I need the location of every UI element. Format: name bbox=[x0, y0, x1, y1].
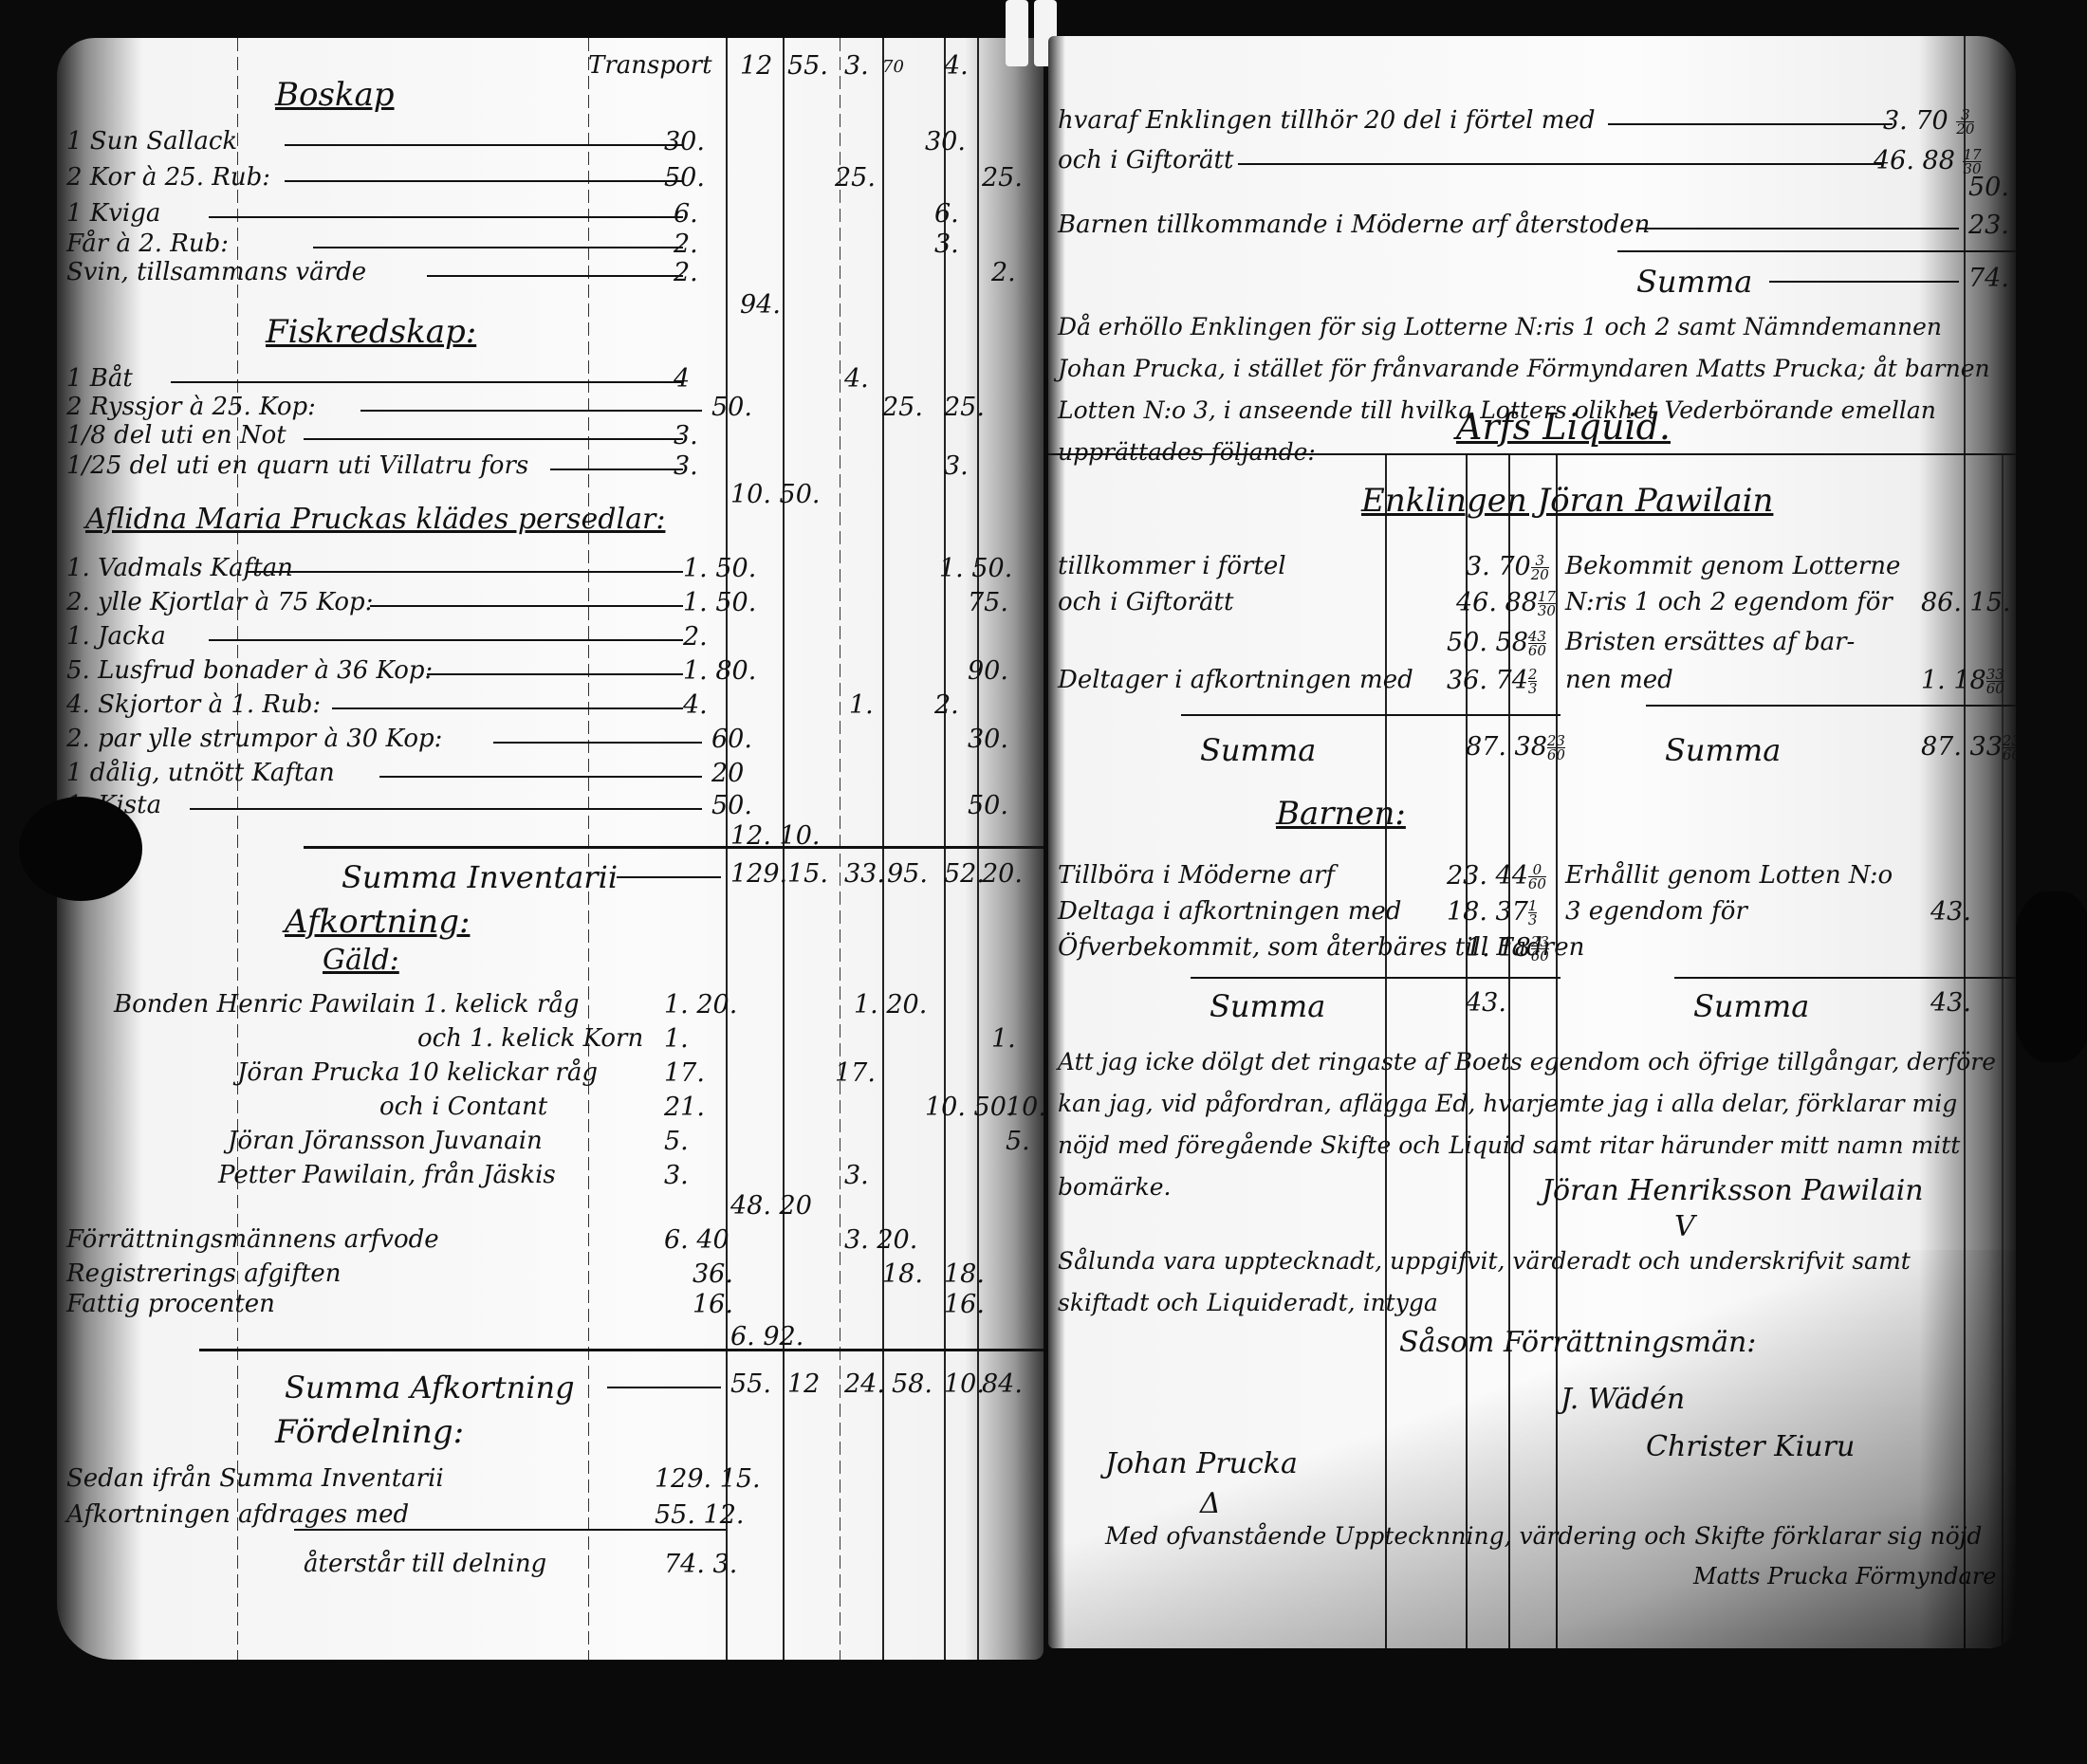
cell: 2. bbox=[934, 690, 959, 720]
row-label: Jöran Prucka 10 kelickar råg bbox=[237, 1058, 598, 1087]
subtotal: 6. 92. bbox=[730, 1322, 803, 1351]
cell: 10. bbox=[1006, 1093, 1043, 1122]
row-label: återstår till delning bbox=[304, 1550, 546, 1578]
cell: 58. bbox=[892, 1369, 933, 1399]
cell: 1. 50. bbox=[683, 588, 756, 617]
cell: 36. 7423 bbox=[1447, 666, 1537, 695]
leader-line bbox=[1238, 163, 1883, 165]
leader-line bbox=[550, 469, 683, 470]
cell: 1. 50. bbox=[939, 554, 1012, 583]
table-row: 2. ylle Kjortlar à 75 Kop: 1. 50. 75. bbox=[57, 584, 1043, 622]
cell: 1. 182360 bbox=[1466, 933, 1549, 963]
leader-line bbox=[332, 707, 683, 709]
section-heading-fordelning: Fördelning: bbox=[275, 1413, 464, 1451]
cell: 4. bbox=[683, 690, 708, 720]
cell: 74. 3. bbox=[664, 1550, 737, 1579]
transport-label: Transport bbox=[588, 51, 712, 80]
row-label: Summa bbox=[1636, 264, 1752, 300]
cell: 21. bbox=[664, 1093, 705, 1122]
cell: 23. 44060 bbox=[1447, 861, 1546, 891]
leader-line bbox=[1608, 123, 1893, 125]
section-heading-afkortning: Afkortning: bbox=[285, 903, 470, 941]
table-row: Barnen tillkommande i Möderne arf återst… bbox=[1048, 207, 2016, 245]
row-label: och 1. kelick Korn bbox=[417, 1024, 643, 1053]
row-label: 3 egendom för bbox=[1565, 897, 1747, 926]
summa-inventarii-row: Summa Inventarii 129. 15. 33. 95. 52. 20… bbox=[57, 855, 1043, 893]
summa-row: Summa 43. Summa 43. bbox=[1048, 984, 2016, 1022]
cell: 52. bbox=[944, 859, 985, 889]
cell: 1. bbox=[849, 690, 874, 720]
section-heading-gald: Gäld: bbox=[323, 944, 399, 977]
transport-row: Transport 12 55. 3. 70 4. bbox=[57, 47, 1043, 85]
leader-line bbox=[379, 776, 702, 778]
total-rule bbox=[1617, 250, 2016, 252]
cell: 18. bbox=[882, 1259, 923, 1289]
table-row: och i Contant 21. 10. 50. 10. bbox=[57, 1089, 1043, 1127]
summa-row: Summa 74. bbox=[1048, 260, 2016, 298]
row-label: 1. Jacka bbox=[66, 622, 166, 651]
leader-line bbox=[209, 639, 683, 641]
table-row: och 1. kelick Korn 1. 1. bbox=[57, 1020, 1043, 1058]
cell: 1. 50. bbox=[683, 554, 756, 583]
row-label: Deltager i afkortningen med bbox=[1058, 666, 1413, 694]
leader-line bbox=[1636, 228, 1959, 230]
row-label: 1 dålig, utnött Kaftan bbox=[66, 759, 335, 787]
subtotal: 48. 20 bbox=[730, 1191, 812, 1221]
cell: 3. 70 320 bbox=[1883, 106, 1974, 136]
cell: 20 bbox=[711, 759, 744, 788]
cell: 25. bbox=[982, 163, 1023, 193]
liquid-heading: Arfs Liquid. bbox=[1456, 406, 1671, 448]
cell: 23. bbox=[1968, 211, 2009, 240]
cell: 50. bbox=[1968, 173, 2009, 202]
cell: 1. bbox=[664, 1024, 689, 1054]
cell: 43. bbox=[1930, 988, 1971, 1018]
row-label: Svin, tillsammans värde bbox=[66, 258, 366, 286]
subtotal-row: 48. 20 bbox=[57, 1187, 1043, 1225]
total-rule bbox=[304, 846, 1043, 849]
distribution-paragraph: Då erhöllo Enklingen för sig Lotterne N:… bbox=[1058, 306, 2006, 473]
total-rule bbox=[1191, 977, 1561, 979]
total-rule bbox=[1646, 705, 2016, 707]
table-row: 4. Skjortor à 1. Rub: 4. 1. 2. bbox=[57, 687, 1043, 725]
row-label: Barnen tillkommande i Möderne arf återst… bbox=[1058, 211, 1650, 239]
cell: 3. bbox=[844, 51, 869, 81]
cell: 17. bbox=[835, 1058, 876, 1088]
table-row: 50. 584360 Bristen ersättes af bar- bbox=[1048, 624, 2016, 662]
total-rule bbox=[1181, 714, 1561, 716]
row-label: Sedan ifrån Summa Inventarii bbox=[66, 1464, 444, 1493]
row-label: Summa bbox=[1693, 988, 1809, 1024]
row-label: Bekommit genom Lotterne bbox=[1565, 552, 1900, 580]
total-rule bbox=[294, 1529, 726, 1531]
cell: 12 bbox=[740, 51, 772, 81]
cell: 17. bbox=[664, 1058, 705, 1088]
row-label: 5. Lusfrud bonader à 36 Kop: bbox=[66, 656, 433, 685]
cell: 129. 15. bbox=[655, 1464, 761, 1494]
subtotal-row: 94. bbox=[57, 286, 1043, 324]
leader-line bbox=[171, 381, 683, 383]
row-label: Deltaga i afkortningen med bbox=[1058, 897, 1401, 926]
table-row: Tillböra i Möderne arf 23. 44060 Erhålli… bbox=[1048, 857, 2016, 895]
leader-line bbox=[360, 410, 702, 412]
leader-line bbox=[617, 876, 721, 878]
cell: 16. bbox=[693, 1290, 733, 1319]
right-page: hvaraf Enklingen tillhör 20 del i förtel… bbox=[1048, 36, 2016, 1648]
row-label: Bonden Henric Pawilain 1. kelick råg bbox=[114, 990, 579, 1019]
table-row: 50. bbox=[1048, 169, 2016, 207]
house-mark-1: V bbox=[1674, 1210, 1695, 1243]
cell: 5. bbox=[1006, 1127, 1030, 1156]
table-row: Förrättningsmännens arfvode 6. 40 3. 20. bbox=[57, 1222, 1043, 1259]
row-label: Förrättningsmännens arfvode bbox=[66, 1225, 439, 1254]
cell: 3. bbox=[664, 1161, 689, 1190]
cell: 6. bbox=[674, 199, 698, 229]
row-label: Fattig procenten bbox=[66, 1290, 275, 1318]
table-row: 2. par ylle strumpor à 30 Kop: 60. 30. bbox=[57, 721, 1043, 759]
cell: 3. 70320 bbox=[1466, 552, 1549, 581]
cell: 43. bbox=[1930, 897, 1971, 927]
leader-line bbox=[247, 571, 683, 573]
cell: 6. 40 bbox=[664, 1225, 730, 1255]
cell: 90. bbox=[968, 656, 1008, 686]
summa-row: Summa 87. 382360 Summa 87. 332360 bbox=[1048, 728, 2016, 766]
leader-line bbox=[493, 742, 702, 744]
leader-line bbox=[285, 180, 683, 182]
cell: 20. bbox=[982, 859, 1023, 889]
cell: 3. bbox=[674, 421, 698, 450]
cell: 86. 15. bbox=[1921, 588, 2010, 617]
row-label: tillkommer i förtel bbox=[1058, 552, 1286, 580]
table-row: 1 Sun Sallack 30. 30. bbox=[57, 123, 1043, 161]
row-label: 1 Sun Sallack bbox=[66, 127, 237, 156]
cell: 5. bbox=[664, 1127, 689, 1156]
cell: 2. bbox=[674, 258, 698, 287]
table-row: tillkommer i förtel 3. 70320 Bekommit ge… bbox=[1048, 548, 2016, 586]
row-label: 2. ylle Kjortlar à 75 Kop: bbox=[66, 588, 373, 616]
cell: 18. 3713 bbox=[1447, 897, 1537, 927]
cell: 87. 332360 bbox=[1921, 732, 2016, 762]
cell: 50. bbox=[664, 163, 705, 193]
shadow-blob bbox=[2011, 891, 2087, 1062]
table-row: Jöran Prucka 10 kelickar råg 17. 17. bbox=[57, 1055, 1043, 1093]
cell: 84. bbox=[982, 1369, 1023, 1399]
page-shadow bbox=[1048, 1250, 2016, 1648]
cell: 75. bbox=[968, 588, 1008, 617]
table-row: Deltaga i afkortningen med 18. 3713 3 eg… bbox=[1048, 893, 2016, 931]
leader-line bbox=[427, 275, 683, 277]
signature-widower: Jöran Henriksson Pawilain bbox=[1542, 1174, 1924, 1207]
cell: 1. 20. bbox=[854, 990, 927, 1020]
cell: 3. 20. bbox=[844, 1225, 917, 1255]
leader-line bbox=[607, 1387, 721, 1388]
cell: 1. 183360 bbox=[1921, 666, 2004, 695]
gutter-tab bbox=[1006, 0, 1028, 66]
leader-line bbox=[1769, 281, 1959, 283]
table-row: 5. Lusfrud bonader à 36 Kop: 1. 80. 90. bbox=[57, 652, 1043, 690]
row-label: Petter Pawilain, från Jäskis bbox=[218, 1161, 556, 1189]
row-label: 1 Kviga bbox=[66, 199, 160, 228]
cell: 70 bbox=[882, 57, 904, 77]
cell: 4. bbox=[944, 51, 969, 81]
row-label: 2. par ylle strumpor à 30 Kop: bbox=[66, 725, 442, 753]
row-label: Bristen ersättes af bar- bbox=[1565, 628, 1855, 656]
leader-line bbox=[370, 605, 683, 607]
table-row: Deltager i afkortningen med 36. 7423 nen… bbox=[1048, 662, 2016, 700]
cell: 30. bbox=[664, 127, 705, 156]
cell: 50. 584360 bbox=[1447, 628, 1546, 657]
shadow-blob bbox=[19, 797, 142, 901]
row-label: och i Giftorätt bbox=[1058, 588, 1233, 616]
row-label: 2 Kor à 25. Rub: bbox=[66, 163, 270, 192]
summa-afkortning-row: Summa Afkortning 55. 12 24. 58. 10. 84. bbox=[57, 1366, 1043, 1404]
total-rule bbox=[1674, 977, 2016, 979]
section-heading-fiske: Fiskredskap: bbox=[266, 313, 476, 351]
row-label: och i Contant bbox=[379, 1093, 547, 1121]
row-label: Registrerings afgiften bbox=[66, 1259, 342, 1288]
section-rule bbox=[1048, 453, 2016, 455]
barnen-heading: Barnen: bbox=[1276, 795, 1406, 833]
cell: 16. bbox=[944, 1290, 985, 1319]
row-label: Summa Inventarii bbox=[342, 859, 618, 895]
row-label: hvaraf Enklingen tillhör 20 del i förtel… bbox=[1058, 106, 1595, 135]
row-label: Tillböra i Möderne arf bbox=[1058, 861, 1335, 890]
cell: 1. bbox=[991, 1024, 1016, 1054]
table-row: Öfverbekommit, som återbäres till Fadren… bbox=[1048, 929, 2016, 967]
table-row: och i Giftorätt 46. 881730 N:ris 1 och 2… bbox=[1048, 584, 2016, 622]
cell: 87. 382360 bbox=[1466, 732, 1565, 762]
row-label: Erhållit genom Lotten N:o bbox=[1565, 861, 1893, 890]
cell: 15. bbox=[787, 859, 828, 889]
cell: 46. 881730 bbox=[1456, 588, 1556, 617]
cell: 55. 12. bbox=[655, 1500, 744, 1530]
row-label: 1/8 del uti en Not bbox=[66, 421, 286, 450]
total-rule bbox=[199, 1349, 1043, 1351]
row-label: Summa Afkortning bbox=[285, 1369, 575, 1406]
table-row: 1. Jacka 2. bbox=[57, 618, 1043, 656]
cell: 60. bbox=[711, 725, 752, 754]
table-row: Jöran Jöransson Juvanain 5. 5. bbox=[57, 1123, 1043, 1161]
leader-line bbox=[304, 438, 683, 440]
cell: 10. 50. bbox=[925, 1093, 1014, 1122]
subtotal: 94. bbox=[740, 290, 781, 320]
cell: 25. bbox=[835, 163, 876, 193]
row-label: Jöran Jöransson Juvanain bbox=[228, 1127, 543, 1155]
row-label: Afkortningen afdrages med bbox=[66, 1500, 409, 1529]
row-label: Summa bbox=[1210, 988, 1325, 1024]
section-heading-boskap: Boskap bbox=[275, 76, 395, 114]
cell: 18. bbox=[944, 1259, 985, 1289]
cell: 50. bbox=[968, 791, 1008, 820]
cell: 10. bbox=[944, 1369, 985, 1399]
cell: 55. bbox=[787, 51, 828, 81]
cell: 55. bbox=[730, 1369, 771, 1399]
cell: 1. 20. bbox=[664, 990, 737, 1020]
cell: 95. bbox=[887, 859, 928, 889]
subtotal: 10. 50. bbox=[730, 480, 820, 509]
cell: 24. bbox=[844, 1369, 885, 1399]
leader-line bbox=[427, 673, 683, 675]
row-label: 4. Skjortor à 1. Rub: bbox=[66, 690, 321, 719]
cell: 3. bbox=[844, 1161, 869, 1190]
section-heading-clothes: Aflidna Maria Pruckas klädes persedlar: bbox=[85, 503, 665, 536]
cell: 2. bbox=[991, 258, 1016, 287]
row-label: 1. Vadmals Kaftan bbox=[66, 554, 293, 582]
cell: 129. bbox=[730, 859, 787, 889]
leader-line bbox=[285, 144, 683, 146]
cell: 30. bbox=[925, 127, 966, 156]
row-label: nen med bbox=[1565, 666, 1673, 694]
leader-line bbox=[313, 247, 683, 248]
cell: 12 bbox=[787, 1369, 820, 1399]
cell: 36. bbox=[693, 1259, 733, 1289]
row-label: Summa bbox=[1200, 732, 1316, 768]
cell: 1. 80. bbox=[683, 656, 756, 686]
result-row: återstår till delning 74. 3. bbox=[57, 1546, 1043, 1584]
left-page: Transport 12 55. 3. 70 4. Boskap 1 Sun S… bbox=[57, 38, 1043, 1660]
leader-line bbox=[190, 808, 702, 810]
cell: 74. bbox=[1968, 264, 2009, 293]
cell: 6. bbox=[934, 199, 959, 229]
cell: 2. bbox=[683, 622, 708, 652]
table-row: hvaraf Enklingen tillhör 20 del i förtel… bbox=[1048, 102, 2016, 140]
cell: 43. bbox=[1466, 988, 1506, 1018]
cell: 30. bbox=[968, 725, 1008, 754]
row-label: N:ris 1 och 2 egendom för bbox=[1565, 588, 1893, 616]
table-row: 1. Vadmals Kaftan 1. 50. 1. 50. bbox=[57, 550, 1043, 588]
cell: 33. bbox=[844, 859, 885, 889]
table-row: Bonden Henric Pawilain 1. kelick råg 1. … bbox=[57, 986, 1043, 1024]
table-row: 2 Kor à 25. Rub: 50. 25. 25. bbox=[57, 159, 1043, 197]
leader-line bbox=[209, 216, 683, 218]
subtotal-row: 12. 10. bbox=[57, 818, 1043, 855]
table-row: Sedan ifrån Summa Inventarii 129. 15. bbox=[57, 1461, 1043, 1498]
enklingen-heading: Enklingen Jöran Pawilain bbox=[1361, 482, 1773, 520]
row-label: Summa bbox=[1665, 732, 1781, 768]
cell: 50. bbox=[711, 791, 752, 820]
